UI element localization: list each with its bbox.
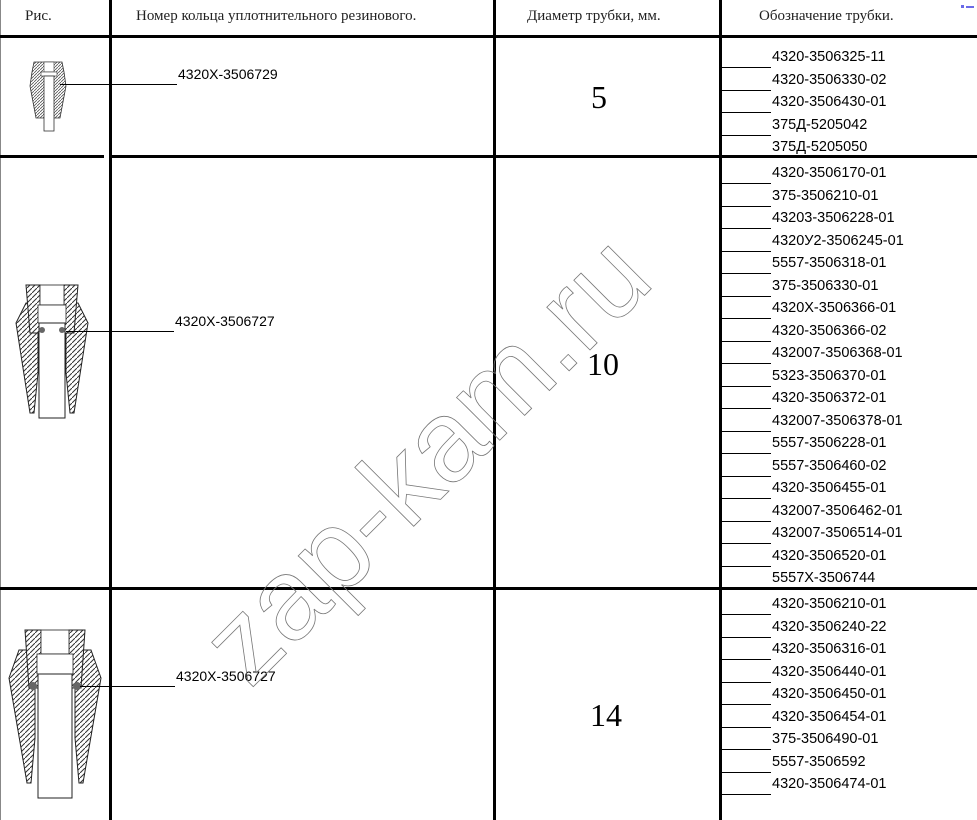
tube-designation: 375Д-5205042 — [772, 117, 867, 134]
tube-designation: 5557-3506228-01 — [772, 435, 887, 452]
tube-designation: 4320-3506316-01 — [772, 641, 887, 658]
watermark-text: zap-kam.ru — [177, 210, 674, 707]
page-left-edge — [0, 0, 1, 820]
tube-leader-line — [722, 296, 771, 297]
tube-designation: 43203-3506228-01 — [772, 210, 895, 227]
tube-leader-line — [722, 90, 771, 91]
tube-designation: 4320-3506170-01 — [772, 165, 887, 182]
tube-leader-line — [722, 183, 771, 184]
diameter-row-2: 10 — [587, 346, 619, 383]
tube-designation: 5323-3506370-01 — [772, 368, 887, 385]
tube-designation: 4320-3506372-01 — [772, 390, 887, 407]
fitting-drawing-5mm-icon — [22, 58, 74, 132]
tube-designation: 4320-3506440-01 — [772, 664, 887, 681]
tube-designation: 4320-3506366-02 — [772, 323, 887, 340]
header-diameter: Диаметр трубки, мм. — [527, 8, 661, 25]
ring-leader-line-2 — [66, 331, 174, 332]
grid-header-divider — [0, 35, 977, 38]
tube-leader-line — [722, 498, 771, 499]
tube-leader-line — [722, 453, 771, 454]
tube-leader-line — [722, 704, 771, 705]
ring-number-row-1: 4320X-3506729 — [178, 66, 278, 82]
tube-leader-line — [722, 341, 771, 342]
ring-leader-line-1 — [60, 84, 177, 85]
tube-leader-line — [722, 614, 771, 615]
ring-leader-line-3 — [80, 686, 175, 687]
tube-designation: 4320-3506454-01 — [772, 709, 887, 726]
tube-leader-line — [722, 566, 771, 567]
tube-leader-line — [722, 408, 771, 409]
tube-designation: 4320-3506455-01 — [772, 480, 887, 497]
tube-leader-line — [722, 431, 771, 432]
tube-leader-line — [722, 318, 771, 319]
grid-col-divider-1 — [109, 0, 112, 820]
tube-designation: 432007-3506462-01 — [772, 503, 903, 520]
tube-leader-line — [722, 273, 771, 274]
grid-col-divider-3 — [719, 0, 722, 820]
tube-leader-line — [722, 251, 771, 252]
tube-leader-line — [722, 772, 771, 773]
tube-leader-line — [722, 228, 771, 229]
tube-leader-line — [722, 637, 771, 638]
tube-leader-line — [722, 727, 771, 728]
tube-leader-line — [722, 476, 771, 477]
tube-designation: 4320-3506520-01 — [772, 548, 887, 565]
tube-designation: 5557-3506318-01 — [772, 255, 887, 272]
tube-leader-line — [722, 206, 771, 207]
header-ring-number: Номер кольца уплотнительного резинового. — [136, 8, 416, 25]
tube-designation: 5557X-3506744 — [772, 570, 875, 587]
fitting-drawing-10mm-icon — [12, 283, 92, 423]
tube-designation: 4320-3506430-01 — [772, 94, 887, 111]
tube-designation: 4320-3506240-22 — [772, 619, 887, 636]
tube-designation: 432007-3506378-01 — [772, 413, 903, 430]
tube-designation: 375-3506330-01 — [772, 278, 878, 295]
tube-leader-line — [722, 749, 771, 750]
tube-leader-line — [722, 659, 771, 660]
tube-leader-line — [722, 682, 771, 683]
fitting-drawing-14mm-icon — [5, 628, 105, 803]
header-fig: Рис. — [25, 8, 52, 25]
diameter-row-3: 14 — [590, 697, 622, 734]
tube-leader-line — [722, 521, 771, 522]
tube-designation: 5557-3506592 — [772, 754, 866, 771]
tube-designation: 4320У2-3506245-01 — [772, 233, 904, 250]
diameter-row-1: 5 — [591, 79, 607, 116]
tube-leader-line — [722, 135, 771, 136]
grid-row-divider-1a — [0, 155, 104, 158]
tube-designation: 4320-3506474-01 — [772, 776, 887, 793]
tube-designation: 432007-3506368-01 — [772, 345, 903, 362]
tube-leader-line — [722, 543, 771, 544]
tube-designation: 375-3506210-01 — [772, 188, 878, 205]
tube-designation: 4320X-3506366-01 — [772, 300, 896, 317]
tube-designation: 4320-3506325-11 — [772, 49, 885, 66]
tube-leader-line — [722, 67, 771, 68]
header-tube-designation: Обозначение трубки. — [759, 8, 894, 25]
tube-designation: 5557-3506460-02 — [772, 458, 887, 475]
tube-designation: 432007-3506514-01 — [772, 525, 903, 542]
tube-leader-line — [722, 112, 771, 113]
corner-mark-icon — [961, 4, 974, 8]
tube-leader-line — [722, 363, 771, 364]
ring-number-row-3: 4320X-3506727 — [176, 668, 276, 684]
grid-col-divider-2 — [493, 0, 496, 820]
ring-number-row-2: 4320X-3506727 — [175, 313, 275, 329]
tube-designation: 375Д-5205050 — [772, 139, 867, 156]
grid-row-divider-2 — [0, 587, 977, 590]
tube-leader-line — [722, 386, 771, 387]
tube-leader-line — [722, 794, 771, 795]
tube-designation: 4320-3506330-02 — [772, 72, 887, 89]
tube-designation: 4320-3506210-01 — [772, 596, 887, 613]
tube-designation: 375-3506490-01 — [772, 731, 878, 748]
tube-designation: 4320-3506450-01 — [772, 686, 887, 703]
